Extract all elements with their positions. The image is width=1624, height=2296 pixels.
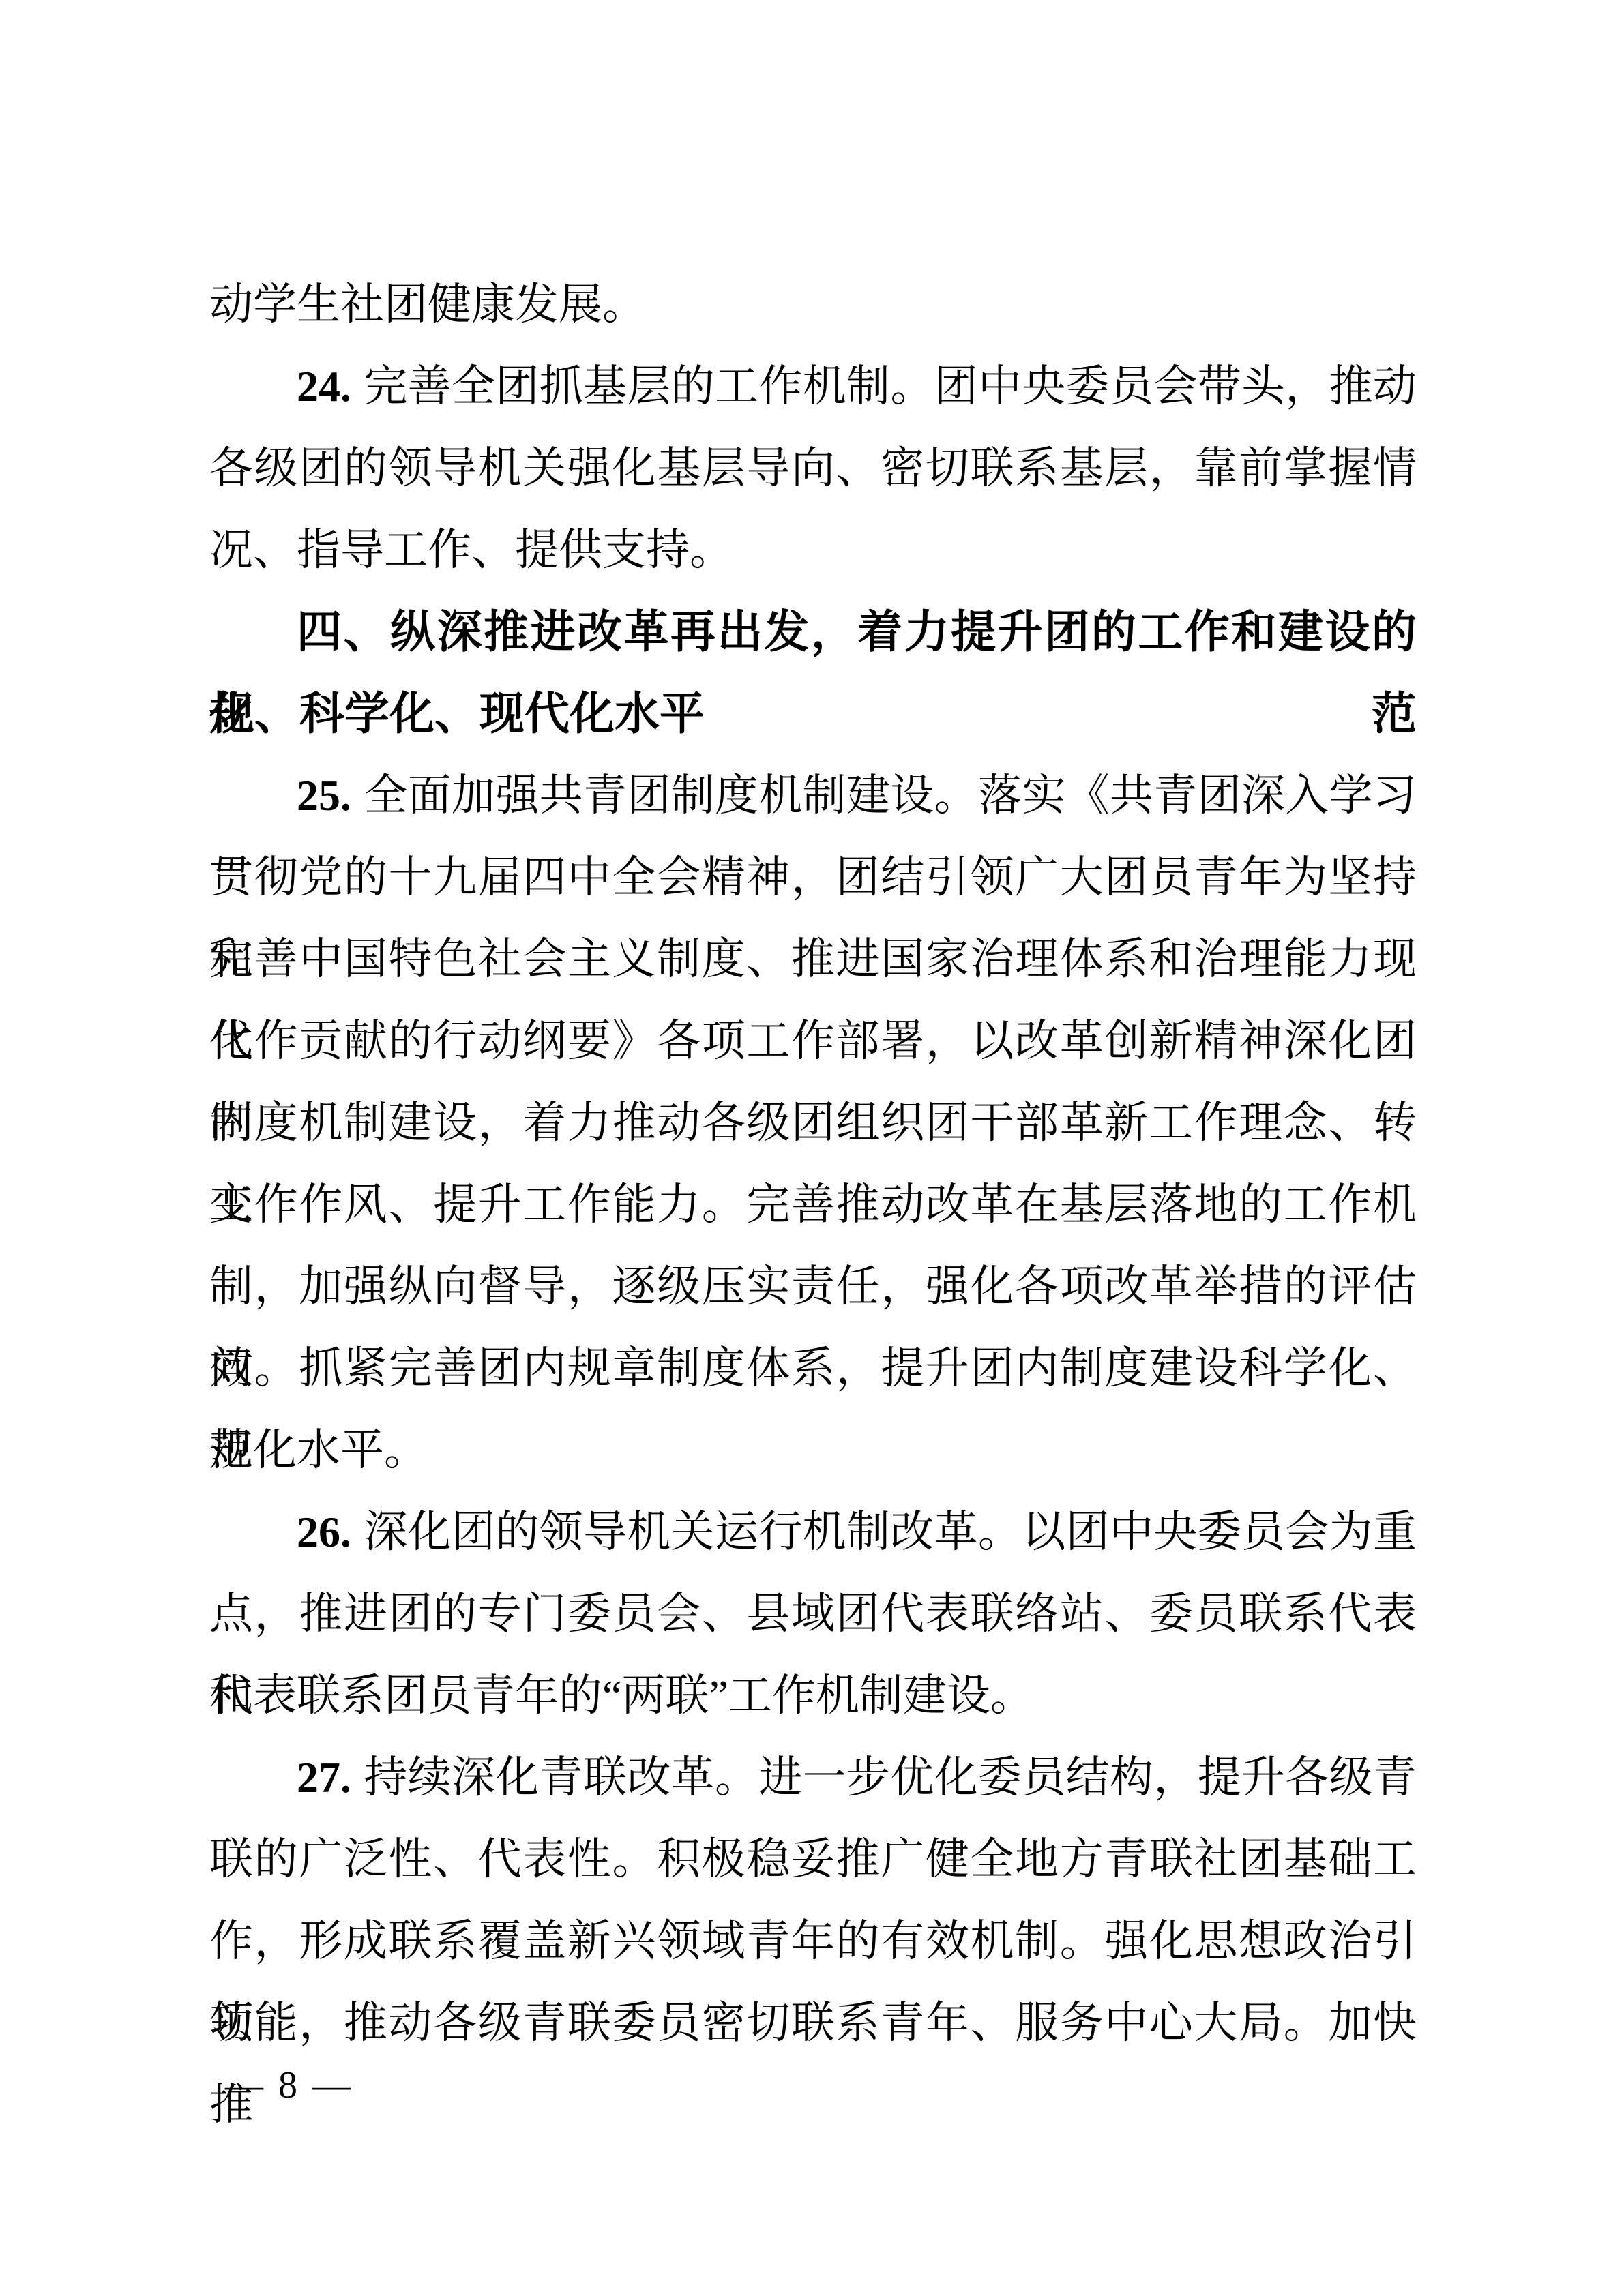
line-text: 联的广泛性、代表性。积极稳妥推广健全地方青联社团基础工 [209,1835,1417,1883]
line-text: 持续深化青联改革。进一步优化委员结构，提升各级青 [364,1753,1417,1802]
text-line: 联的广泛性、代表性。积极稳妥推广健全地方青联社团基础工 [209,1819,1417,1900]
text-line: 况、指导工作、提供支持。 [209,509,1417,591]
line-text: 全面加强共青团制度机制建设。落实《共青团深入学习 [364,771,1417,820]
line-text: 代表联系团员青年的“两联”工作机制建设。 [209,1671,1034,1720]
text-line: 27.持续深化青联改革。进一步优化委员结构，提升各级青 [209,1737,1417,1819]
line-text: 深化团的领导机关运行机制改革。以团中央委员会为重 [364,1508,1417,1556]
line-text: 完善全团抓基层的工作机制。团中央委员会带头，推动 [364,362,1417,411]
document-page: 动学生社团健康发展。24.完善全团抓基层的工作机制。团中央委员会带头，推动各级团… [0,0,1624,2296]
text-line: 功能，推动各级青联委员密切联系青年、服务中心大局。加快推 [209,1982,1417,2064]
text-line: 工作作风、提升工作能力。完善推动改革在基层落地的工作机 [209,1164,1417,1246]
line-text: 各级团的领导机关强化基层导向、密切联系基层，靠前掌握情 [209,444,1417,492]
text-line: 25.全面加强共青团制度机制建设。落实《共青团深入学习 [209,755,1417,837]
text-line: 各级团的领导机关强化基层导向、密切联系基层，靠前掌握情 [209,428,1417,509]
text-line: 贯彻党的十九届四中全会精神，团结引领广大团员青年为坚持和 [209,837,1417,919]
text-line: 制度机制建设，着力推动各级团组织团干部革新工作理念、转变 [209,1082,1417,1164]
text-line: 制，加强纵向督导，逐级压实责任，强化各项改革举措的评估问 [209,1246,1417,1328]
item-number: 26. [297,1508,351,1556]
item-number: 24. [297,362,351,411]
text-line: 化作贡献的行动纲要》各项工作部署，以改革创新精神深化团内 [209,1000,1417,1082]
text-line: 24.完善全团抓基层的工作机制。团中央委员会带头，推动 [209,346,1417,428]
page-number: — 8 — [225,2061,353,2110]
text-line: 点，推进团的专门委员会、县域团代表联络站、委员联系代表和 [209,1573,1417,1655]
item-number: 25. [297,771,351,820]
line-text: 范化水平。 [209,1426,428,1474]
line-text: 化、科学化、现代化水平 [209,687,705,740]
text-block: 动学生社团健康发展。24.完善全团抓基层的工作机制。团中央委员会带头，推动各级团… [209,264,1417,2064]
line-text: 况、指导工作、提供支持。 [209,526,733,574]
text-line: 动学生社团健康发展。 [209,264,1417,346]
line-text: 动学生社团健康发展。 [209,280,646,329]
line-text: 功能，推动各级青联委员密切联系青年、服务中心大局。加快推 [209,1999,1417,2129]
text-line: 作，形成联系覆盖新兴领域青年的有效机制。强化思想政治引领 [209,1900,1417,1982]
text-line: 范化水平。 [209,1410,1417,1491]
text-line: 四、纵深推进改革再出发，着力提升团的工作和建设的规范 [209,591,1417,673]
text-line: 26.深化团的领导机关运行机制改革。以团中央委员会为重 [209,1491,1417,1573]
item-number: 27. [297,1753,351,1802]
text-line: 代表联系团员青年的“两联”工作机制建设。 [209,1655,1417,1737]
text-line: 效。抓紧完善团内规章制度体系，提升团内制度建设科学化、规 [209,1328,1417,1410]
line-text: 工作作风、提升工作能力。完善推动改革在基层落地的工作机 [209,1180,1417,1229]
text-line: 完善中国特色社会主义制度、推进国家治理体系和治理能力现代 [209,919,1417,1000]
